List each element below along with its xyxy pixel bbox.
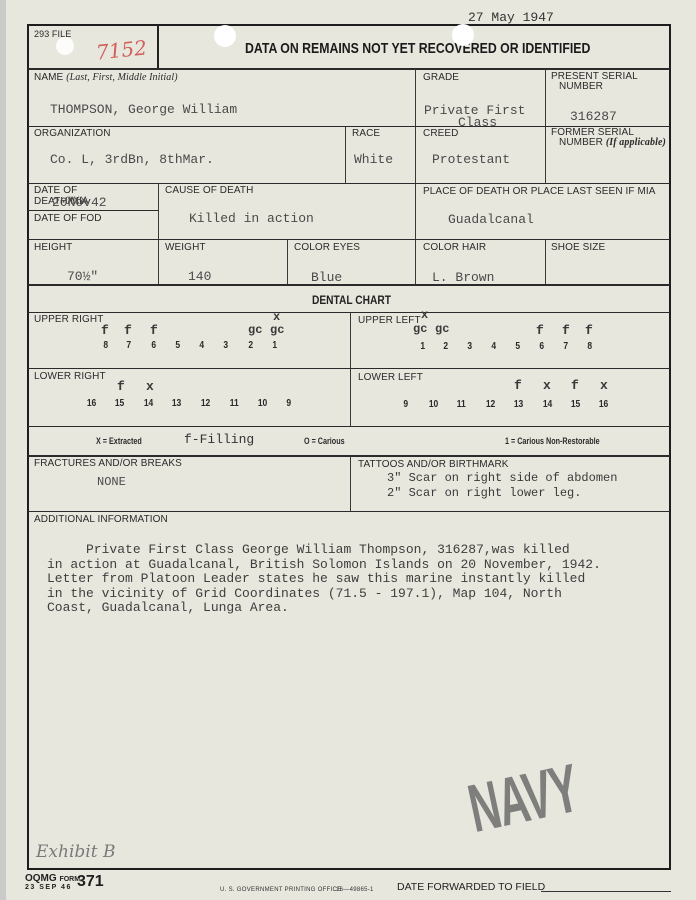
- form-number: 371: [77, 873, 104, 891]
- place-of-death-label: PLACE OF DEATH OR PLACE LAST SEEN IF MIA: [423, 186, 656, 197]
- color-hair-label: COLOR HAIR: [423, 242, 486, 253]
- race-label: RACE: [352, 128, 380, 139]
- punch-hole: [56, 37, 74, 55]
- tooth-number: 8: [103, 340, 108, 351]
- tooth-number: 2: [443, 341, 448, 352]
- date-forwarded-line: [541, 891, 671, 892]
- divider: [28, 68, 670, 70]
- tooth-number: 15: [115, 398, 124, 409]
- tooth-mark: f: [124, 323, 132, 338]
- document-page: 27 May 1947 293 FILE 7152 DATA ON REMAIN…: [0, 0, 696, 900]
- cause-of-death-value: Killed in action: [189, 211, 314, 226]
- tooth-number: 16: [87, 398, 96, 409]
- tooth-number: 9: [403, 399, 408, 410]
- form-id: OQMG FORM: [25, 874, 80, 884]
- color-eyes-value: Blue: [311, 270, 342, 285]
- tooth-mark: f: [536, 323, 544, 338]
- tooth-mark: f: [101, 323, 109, 338]
- tooth-number: 6: [151, 340, 156, 351]
- tooth-number: 2: [248, 340, 253, 351]
- tooth-number: 10: [258, 398, 267, 409]
- divider: [415, 69, 416, 127]
- lower-left-label: LOWER LEFT: [358, 372, 423, 383]
- present-serial-value: 316287: [570, 109, 617, 124]
- tooth-number: 5: [515, 341, 520, 352]
- legend-non-restorable: 1 = Carious Non-Restorable: [505, 436, 600, 446]
- date-of-fod-label: DATE OF FOD: [34, 213, 102, 224]
- divider: [157, 25, 159, 68]
- weight-label: WEIGHT: [165, 242, 206, 253]
- tooth-number: 4: [491, 341, 496, 352]
- print-code: 16—49865-1: [336, 887, 374, 893]
- tooth-number: 1: [272, 340, 277, 351]
- form-date-footer: 23 SEP 46: [25, 884, 72, 891]
- tooth-number: 12: [201, 398, 210, 409]
- organization-value: Co. L, 3rdBn, 8thMar.: [50, 152, 214, 167]
- tooth-number: 7: [563, 341, 568, 352]
- divider: [345, 127, 346, 184]
- divider: [28, 511, 670, 512]
- grade-value-line2: Class: [458, 115, 497, 130]
- legend-filling: f-Filling: [184, 432, 254, 447]
- divider: [28, 183, 670, 184]
- tooth-number: 12: [486, 399, 495, 410]
- tattoos-label: TATTOOS AND/OR BIRTHMARK: [358, 459, 509, 470]
- fractures-label: FRACTURES AND/OR BREAKS: [34, 458, 182, 469]
- tooth-mark: gc: [248, 323, 262, 337]
- divider: [545, 240, 546, 284]
- divider: [28, 455, 670, 457]
- tooth-mark: f: [571, 378, 579, 393]
- creed-label: CREED: [423, 128, 459, 139]
- tooth-mark: x: [600, 378, 608, 393]
- tooth-number: 4: [199, 340, 204, 351]
- date-of-death-value: 20Nov42: [52, 195, 107, 210]
- additional-info-label: ADDITIONAL INFORMATION: [34, 514, 168, 525]
- handwritten-note: Exhibit B: [36, 842, 115, 862]
- dental-chart-title: DENTAL CHART: [312, 293, 391, 307]
- fractures-value: NONE: [97, 475, 126, 489]
- tooth-mark: x: [273, 310, 280, 324]
- divider: [415, 184, 416, 240]
- tooth-number: 9: [286, 398, 291, 409]
- form-date: 27 May 1947: [468, 10, 554, 25]
- divider: [28, 426, 670, 427]
- tooth-number: 6: [539, 341, 544, 352]
- tooth-number: 13: [172, 398, 181, 409]
- tooth-number: 11: [230, 398, 239, 409]
- tooth-mark: gc: [413, 322, 427, 336]
- place-of-death-value: Guadalcanal: [448, 212, 534, 227]
- color-eyes-label: COLOR EYES: [294, 242, 360, 253]
- divider: [158, 240, 159, 284]
- divider: [28, 312, 670, 313]
- tooth-mark: f: [150, 323, 158, 338]
- upper-right-label: UPPER RIGHT: [34, 314, 103, 325]
- tooth-number: 3: [223, 340, 228, 351]
- date-forwarded-label: DATE FORWARDED TO FIELD: [397, 881, 545, 893]
- divider: [350, 313, 351, 426]
- organization-label: ORGANIZATION: [34, 128, 111, 139]
- divider: [28, 368, 670, 369]
- tooth-mark: gc: [435, 322, 449, 336]
- tooth-mark: x: [146, 379, 154, 394]
- tattoo-line: 2" Scar on right lower leg.: [387, 486, 581, 500]
- tooth-number: 15: [571, 399, 580, 410]
- tooth-mark: gc: [270, 323, 284, 337]
- tooth-number: 14: [144, 398, 153, 409]
- grade-label: GRADE: [423, 72, 459, 83]
- tooth-number: 11: [457, 399, 466, 410]
- upper-left-label: UPPER LEFT: [358, 315, 421, 326]
- tooth-number: 8: [587, 341, 592, 352]
- tooth-mark: f: [117, 379, 125, 394]
- race-value: White: [354, 152, 393, 167]
- legend-carious: O = Carious: [304, 436, 345, 446]
- present-serial-label: PRESENT SERIAL NUMBER: [551, 72, 638, 92]
- shoe-size-label: SHOE SIZE: [551, 242, 605, 253]
- tooth-mark: f: [562, 323, 570, 338]
- punch-hole: [452, 24, 474, 46]
- creed-value: Protestant: [432, 152, 510, 167]
- tooth-mark: x: [543, 378, 551, 393]
- name-label: NAME (Last, First, Middle Initial): [34, 72, 178, 83]
- divider: [28, 239, 670, 240]
- tattoo-line: 3" Scar on right side of abdomen: [387, 471, 617, 485]
- scan-edge: [0, 0, 6, 900]
- weight-value: 140: [188, 269, 211, 284]
- former-serial-label: FORMER SERIAL NUMBER (If applicable): [551, 128, 666, 148]
- divider: [28, 284, 670, 286]
- divider: [350, 457, 351, 511]
- name-value: THOMPSON, George William: [50, 102, 237, 117]
- height-value: 70½": [67, 269, 98, 284]
- tooth-number: 1: [420, 341, 425, 352]
- printer-label: U. S. GOVERNMENT PRINTING OFFICE: [220, 887, 342, 893]
- tooth-number: 10: [429, 399, 438, 410]
- legend-extracted: X = Extracted: [96, 436, 142, 446]
- divider: [415, 240, 416, 284]
- tooth-mark: x: [421, 308, 428, 322]
- page-title: DATA ON REMAINS NOT YET RECOVERED OR IDE…: [245, 40, 590, 57]
- punch-hole: [214, 25, 236, 47]
- tooth-number: 16: [599, 399, 608, 410]
- tooth-number: 3: [467, 341, 472, 352]
- tooth-mark: f: [514, 378, 522, 393]
- divider: [28, 210, 158, 211]
- lower-right-label: LOWER RIGHT: [34, 371, 106, 382]
- additional-info-text: Private First Class George William Thomp…: [47, 543, 667, 616]
- color-hair-value: L. Brown: [432, 270, 494, 285]
- tooth-number: 13: [514, 399, 523, 410]
- tooth-number: 7: [126, 340, 131, 351]
- tooth-number: 5: [175, 340, 180, 351]
- tooth-mark: f: [585, 323, 593, 338]
- height-label: HEIGHT: [34, 242, 72, 253]
- divider: [415, 127, 416, 184]
- divider: [158, 184, 159, 240]
- divider: [287, 240, 288, 284]
- form-frame: [27, 24, 671, 870]
- cause-of-death-label: CAUSE OF DEATH: [165, 185, 253, 196]
- tooth-number: 14: [543, 399, 552, 410]
